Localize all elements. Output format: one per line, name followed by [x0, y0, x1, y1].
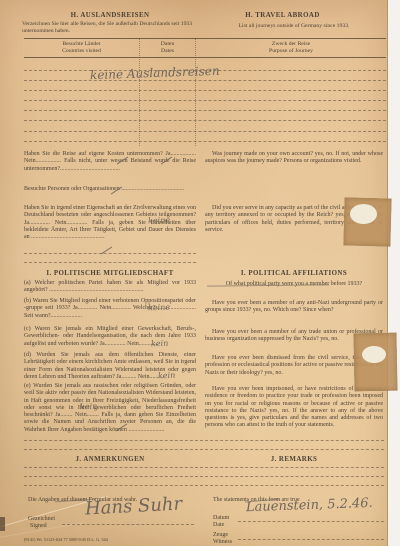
table-top-border: [24, 38, 386, 39]
table-row-line: [24, 141, 386, 142]
col-dates-de: Daten: [161, 41, 175, 47]
handwriting-keine-b: keine: [148, 303, 170, 313]
table-header-border: [24, 57, 386, 58]
remarks-line: [24, 485, 384, 486]
tape-hole: [362, 346, 386, 363]
col-purpose-de: Zweck der Reise: [272, 41, 310, 47]
table-row-line: [24, 90, 386, 91]
print-code: (9141) Wt. 51123-634 77 5000 9/45 D.L. G…: [24, 536, 108, 543]
pol-item-b-de: (b) Waren Sie Mitglied irgend einer verb…: [24, 298, 196, 320]
table-header-countries: Besuchte Länder Countries visited: [24, 41, 139, 55]
signature-line: [62, 524, 194, 525]
table-row-line: [24, 120, 386, 121]
table-header-dates: Daten Dates: [140, 41, 195, 55]
table-row-line: [24, 110, 386, 111]
section-h-title-en: H. TRAVEL ABROAD: [205, 12, 360, 19]
handwriting-keine-q2: keine: [148, 216, 170, 226]
section-h-title-de: H. AUSLANDSREISEN: [24, 12, 196, 19]
answer-line: [24, 449, 384, 450]
edge-notch: [0, 517, 5, 531]
question-own-expense-de: Haben Sie die Reise auf eigene Kosten un…: [24, 151, 196, 173]
table-header-purpose: Zweck der Reise Purpose of Journey: [196, 41, 386, 55]
persons-visited-de: Besuchte Personen oder Organisationen ..…: [24, 186, 196, 193]
handwriting-signature: Hans Suhr: [85, 493, 183, 519]
section-j-title-de: J. ANMERKUNGEN: [24, 456, 196, 463]
pol-item-a-de: (a) Welcher politischen Partei haben Sie…: [24, 280, 196, 295]
paper-sheet: H. AUSLANDSREISEN H. TRAVEL ABROAD Verze…: [0, 0, 388, 546]
section-j-title-en: J. REMARKS: [205, 456, 383, 463]
question-own-expense-en: Was journey made on your own account? ye…: [205, 151, 383, 166]
col-countries-de: Besuchte Länder: [62, 41, 100, 47]
signed-label-en: Signed: [30, 523, 47, 530]
col-purpose-en: Purpose of Journey: [269, 48, 313, 54]
date-label-en: Date: [213, 522, 224, 529]
table-row-line: [24, 100, 386, 101]
pol-item-e-de: (e) Wurden Sie jemals aus rassischen ode…: [24, 383, 196, 434]
pol-item-c-de: (c) Waren Sie jemals ein Mitglied einer …: [24, 326, 196, 348]
tape-hole: [350, 204, 377, 224]
table-row-line: [24, 80, 386, 81]
scanned-form-page: H. AUSLANDSREISEN H. TRAVEL ABROAD Verze…: [0, 0, 400, 546]
col-dates-en: Dates: [161, 48, 174, 54]
date-line: [238, 521, 384, 522]
section-i-title-en: I. POLITICAL AFFILIATIONS: [205, 270, 383, 277]
pol-item-b-en: Have you ever been a member of any anti-…: [205, 300, 383, 315]
table-row-line: [24, 131, 386, 132]
handwriting-kein-d: kein: [158, 371, 176, 381]
handwriting-kein-e: kein: [80, 402, 98, 412]
section-h-instruction-de: Verzeichnen Sie hier alle Reisen, die Si…: [22, 21, 196, 35]
answer-line: [24, 253, 196, 254]
section-h-instruction-en: List all journeys outside of Germany sin…: [205, 23, 383, 30]
pol-item-e-en: Have you ever been imprisoned, or have r…: [205, 386, 383, 430]
remarks-line: [24, 467, 384, 468]
witness-line: [238, 539, 384, 540]
answer-line: [24, 262, 196, 263]
answer-line: [24, 440, 384, 441]
witness-label-en: Witness: [213, 539, 232, 546]
handwriting-date: Lauenstein, 5.2.46.: [246, 496, 373, 515]
remarks-line: [24, 476, 384, 477]
handwriting-kein-c: kein: [151, 339, 169, 349]
col-countries-en: Countries visited: [62, 48, 101, 54]
section-i-title-de: I. POLITISCHE MITGLIEDSCHAFT: [24, 270, 196, 277]
question-civil-administration-de: Haben Sie in irgend einer Eigenschaft an…: [24, 205, 196, 241]
